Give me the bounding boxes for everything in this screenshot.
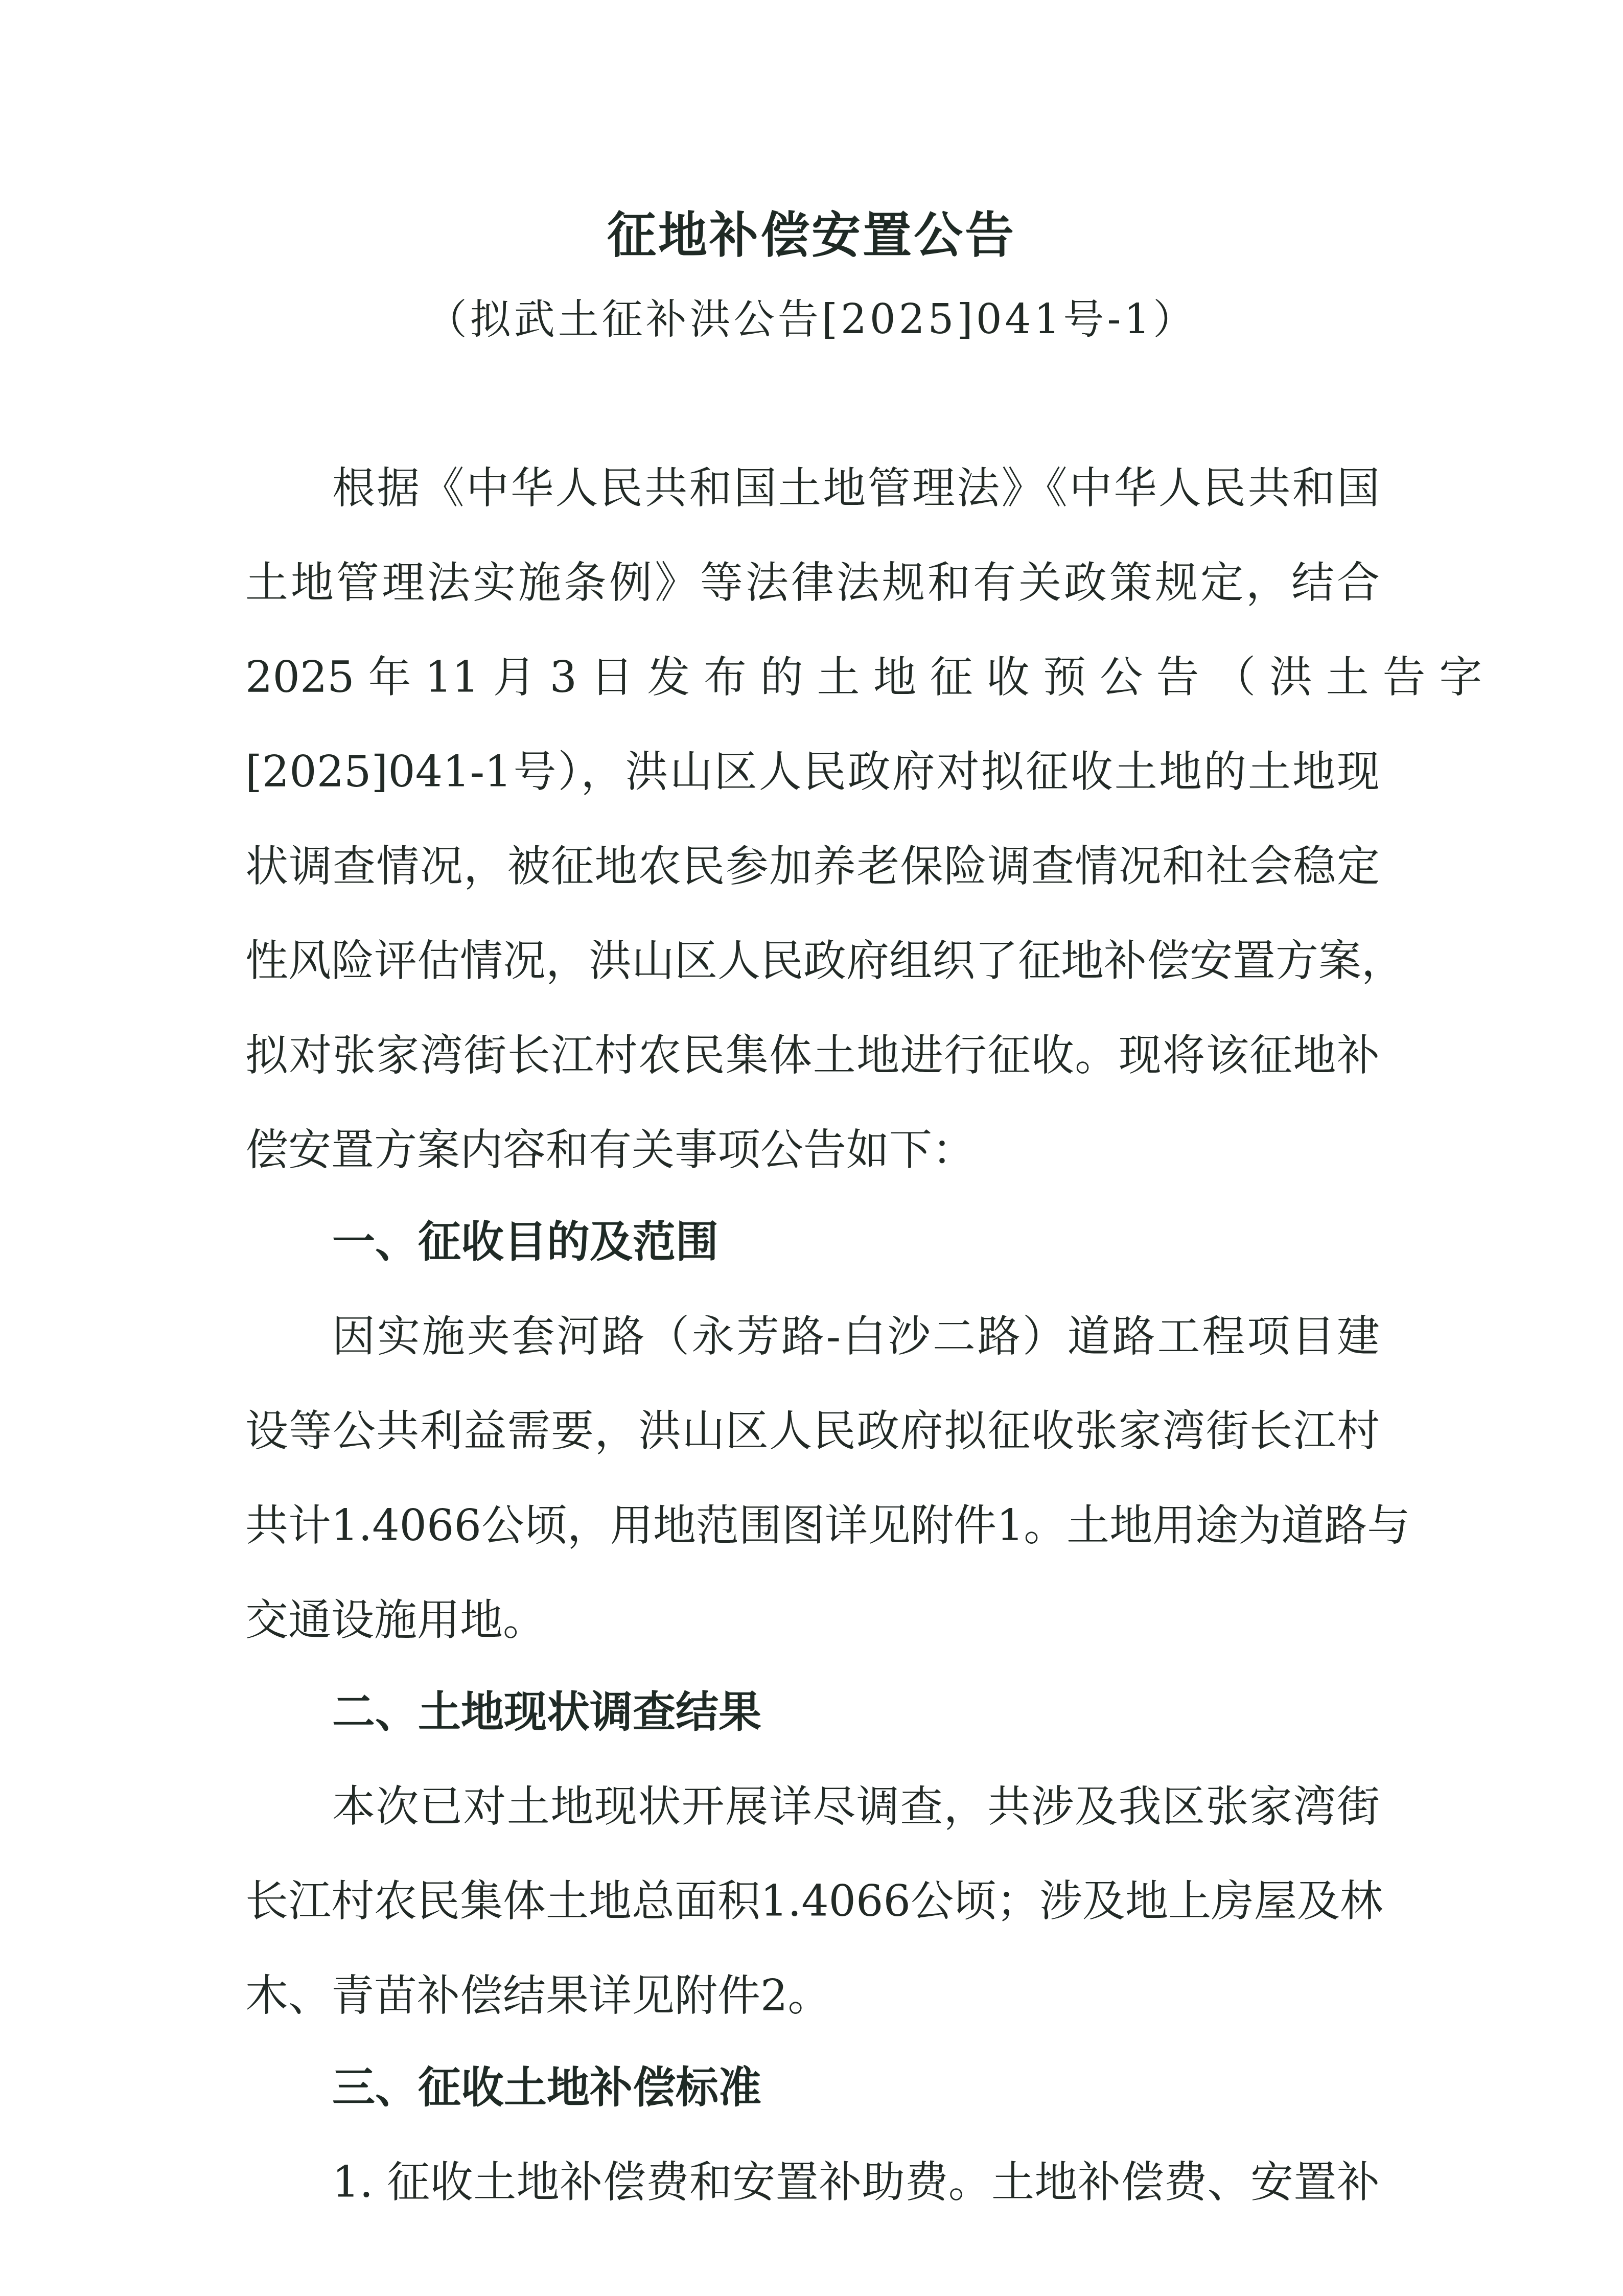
paragraph-line: 木、青苗补偿结果详见附件2。 (245, 1970, 1380, 2021)
paragraph-line: [2025]041-1号），洪山区人民政府对拟征收土地的土地现 (245, 746, 1380, 797)
paragraph-line: 偿安置方案内容和有关事项公告如下： (245, 1124, 1380, 1175)
paragraph-line: 根据《中华人民共和国土地管理法》《中华人民共和国 (332, 462, 1380, 514)
section-heading: 三、征收土地补偿标准 (332, 2062, 1380, 2113)
paragraph-line: 性风险评估情况，洪山区人民政府组织了征地补偿安置方案， (245, 935, 1380, 986)
page-title: 征地补偿安置公告 (0, 204, 1623, 266)
paragraph-line: 土地管理法实施条例》等法律法规和有关政策规定，结合 (245, 557, 1380, 608)
paragraph-line: 交通设施用地。 (245, 1594, 1380, 1645)
paragraph-line: 因实施夹套河路（永芳路-白沙二路）道路工程项目建 (332, 1311, 1380, 1362)
section-heading: 一、征收目的及范围 (332, 1216, 1380, 1267)
paragraph-line: 2025 年 11 月 3 日 发 布 的 土 地 征 收 预 公 告 （ 洪 … (245, 652, 1380, 703)
paragraph-line: 长江村农民集体土地总面积1.4066公顷；涉及地上房屋及林 (245, 1875, 1380, 1927)
paragraph-line: 1. 征收土地补偿费和安置补助费。土地补偿费、安置补 (332, 2156, 1380, 2208)
paragraph-line: 拟对张家湾街长江村农民集体土地进行征收。现将该征地补 (245, 1030, 1380, 1081)
document-page: 征地补偿安置公告 （拟武土征补洪公告[2025]041号-1） 根据《中华人民共… (0, 0, 1623, 2296)
paragraph-line: 状调查情况，被征地农民参加养老保险调查情况和社会稳定 (245, 841, 1380, 892)
paragraph-line: 设等公共利益需要，洪山区人民政府拟征收张家湾街长江村 (245, 1405, 1380, 1456)
document-number: （拟武土征补洪公告[2025]041号-1） (0, 294, 1623, 345)
paragraph-line: 共计1.4066公顷，用地范围图详见附件1。土地用途为道路与 (245, 1500, 1380, 1551)
paragraph-line: 本次已对土地现状开展详尽调查，共涉及我区张家湾街 (332, 1781, 1380, 1832)
section-heading: 二、土地现状调查结果 (332, 1686, 1380, 1737)
